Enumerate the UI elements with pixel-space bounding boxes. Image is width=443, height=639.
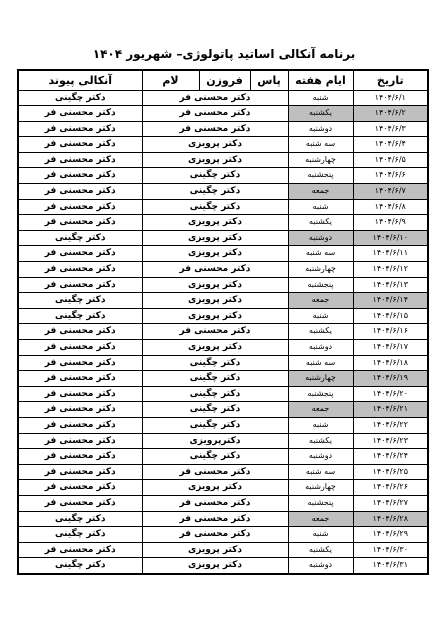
table-row: ۱۴۰۴/۶/۱۵شنبهدکتر پرویزیدکتر چگینی [18, 308, 428, 324]
weekday-cell: پنجشنبه [288, 277, 353, 293]
transplant-doctor-cell: دکتر محسنی فر [18, 215, 142, 231]
date-cell: ۱۴۰۴/۶/۱۸ [353, 355, 428, 371]
page-title: برنامه آنکالی اساتید پاتولوژی– شهریور ۱۴… [19, 46, 429, 62]
transplant-doctor-cell: دکتر چگینی [18, 527, 142, 543]
weekday-cell: سه شنبه [288, 246, 353, 262]
transplant-doctor-cell: دکتر محسنی فر [18, 355, 142, 371]
duty-doctor-cell: دکتر چگینی [142, 417, 288, 433]
weekday-cell: شنبه [288, 417, 353, 433]
header-frozen: فروزن [199, 70, 250, 90]
transplant-doctor-cell: دکتر محسنی فر [18, 433, 142, 449]
duty-doctor-cell: دکتر پرویزی [142, 308, 288, 324]
duty-doctor-cell: دکتر چگینی [142, 199, 288, 215]
transplant-doctor-cell: دکتر محسنی فر [18, 246, 142, 262]
transplant-doctor-cell: دکتر محسنی فر [18, 480, 142, 496]
weekday-cell: دوشنبه [288, 558, 353, 574]
transplant-doctor-cell: دکتر محسنی فر [18, 168, 142, 184]
weekday-cell: یکشنبه [288, 542, 353, 558]
weekday-cell: سه شنبه [288, 137, 353, 153]
table-row: ۱۴۰۴/۶/۱شنبهدکتر محسنی فردکتر چگینی [18, 90, 428, 106]
header-slide: لام [142, 70, 199, 90]
date-cell: ۱۴۰۴/۶/۱۲ [353, 262, 428, 278]
transplant-doctor-cell: دکتر چگینی [18, 308, 142, 324]
table-row: ۱۴۰۴/۶/۱۱سه شنبهدکتر پرویزیدکتر محسنی فر [18, 246, 428, 262]
date-cell: ۱۴۰۴/۶/۱۱ [353, 246, 428, 262]
weekday-cell: پنجشنبه [288, 168, 353, 184]
duty-doctor-cell: دکتر پرویزی [142, 542, 288, 558]
transplant-doctor-cell: دکتر محسنی فر [18, 386, 142, 402]
weekday-cell: یکشنبه [288, 324, 353, 340]
duty-doctor-cell: دکتر محسنی فر [142, 121, 288, 137]
table-row: ۱۴۰۴/۶/۷جمعهدکتر چگینیدکتر محسنی فر [18, 184, 428, 200]
transplant-doctor-cell: دکتر محسنی فر [18, 417, 142, 433]
duty-doctor-cell: دکتر چگینی [142, 402, 288, 418]
table-row: ۱۴۰۴/۶/۱۰دوشنبهدکتر پرویزیدکتر چگینی [18, 230, 428, 246]
weekday-cell: سه شنبه [288, 464, 353, 480]
date-cell: ۱۴۰۴/۶/۲۵ [353, 464, 428, 480]
table-row: ۱۴۰۴/۶/۲۲شنبهدکتر چگینیدکتر محسنی فر [18, 417, 428, 433]
table-row: ۱۴۰۴/۶/۲۳یکشنبهدکترپرویزیدکتر محسنی فر [18, 433, 428, 449]
date-cell: ۱۴۰۴/۶/۲۷ [353, 495, 428, 511]
table-row: ۱۴۰۴/۶/۸شنبهدکتر چگینیدکتر محسنی فر [18, 199, 428, 215]
header-row: تاریخ ایام هفته پاس فروزن لام آنکالی پیو… [18, 70, 428, 90]
duty-doctor-cell: دکتر محسنی فر [142, 464, 288, 480]
duty-doctor-cell: دکتر پرویزی [142, 340, 288, 356]
duty-doctor-cell: دکتر محسنی فر [142, 106, 288, 122]
weekday-cell: چهارشنبه [288, 480, 353, 496]
transplant-doctor-cell: دکتر محسنی فر [18, 324, 142, 340]
duty-doctor-cell: دکتر پرویزی [142, 137, 288, 153]
weekday-cell: چهارشنبه [288, 152, 353, 168]
weekday-cell: جمعه [288, 402, 353, 418]
date-cell: ۱۴۰۴/۶/۳۰ [353, 542, 428, 558]
duty-doctor-cell: دکتر چگینی [142, 168, 288, 184]
table-row: ۱۴۰۴/۶/۳دوشنبهدکتر محسنی فردکتر محسنی فر [18, 121, 428, 137]
table-row: ۱۴۰۴/۶/۲یکشنبهدکتر محسنی فردکتر محسنی فر [18, 106, 428, 122]
transplant-doctor-cell: دکتر محسنی فر [18, 495, 142, 511]
weekday-cell: دوشنبه [288, 449, 353, 465]
table-row: ۱۴۰۴/۶/۲۰پنجشنبهدکتر چگینیدکتر محسنی فر [18, 386, 428, 402]
date-cell: ۱۴۰۴/۶/۴ [353, 137, 428, 153]
transplant-doctor-cell: دکتر چگینی [18, 558, 142, 574]
transplant-doctor-cell: دکتر محسنی فر [18, 152, 142, 168]
duty-doctor-cell: دکتر پرویزی [142, 480, 288, 496]
date-cell: ۱۴۰۴/۶/۱۶ [353, 324, 428, 340]
duty-doctor-cell: دکتر پرویزی [142, 230, 288, 246]
weekday-cell: یکشنبه [288, 433, 353, 449]
weekday-cell: شنبه [288, 308, 353, 324]
transplant-doctor-cell: دکتر چگینی [18, 293, 142, 309]
duty-doctor-cell: دکتر پرویزی [142, 277, 288, 293]
table-row: ۱۴۰۴/۶/۱۸سه شنبهدکتر چگینیدکتر محسنی فر [18, 355, 428, 371]
weekday-cell: شنبه [288, 90, 353, 106]
header-pass: پاس [250, 70, 288, 90]
date-cell: ۱۴۰۴/۶/۲۳ [353, 433, 428, 449]
transplant-doctor-cell: دکتر محسنی فر [18, 121, 142, 137]
duty-doctor-cell: دکتر پرویزی [142, 246, 288, 262]
duty-doctor-cell: دکتر محسنی فر [142, 527, 288, 543]
date-cell: ۱۴۰۴/۶/۲۴ [353, 449, 428, 465]
date-cell: ۱۴۰۴/۶/۱۴ [353, 293, 428, 309]
duty-doctor-cell: دکتر پرویزی [142, 152, 288, 168]
duty-doctor-cell: دکتر پرویزی [142, 293, 288, 309]
weekday-cell: سه شنبه [288, 355, 353, 371]
table-row: ۱۴۰۴/۶/۱۹چهارشنبهدکتر چگینیدکتر محسنی فر [18, 371, 428, 387]
date-cell: ۱۴۰۴/۶/۳۱ [353, 558, 428, 574]
header-transplant-oncall: آنکالی پیوند [18, 70, 142, 90]
transplant-doctor-cell: دکتر محسنی فر [18, 449, 142, 465]
table-row: ۱۴۰۴/۶/۱۶یکشنبهدکتر محسنی فردکتر محسنی ف… [18, 324, 428, 340]
header-weekday: ایام هفته [288, 70, 353, 90]
schedule-table: تاریخ ایام هفته پاس فروزن لام آنکالی پیو… [17, 69, 429, 575]
weekday-cell: پنجشنبه [288, 386, 353, 402]
date-cell: ۱۴۰۴/۶/۹ [353, 215, 428, 231]
transplant-doctor-cell: دکتر چگینی [18, 90, 142, 106]
date-cell: ۱۴۰۴/۶/۱۹ [353, 371, 428, 387]
duty-doctor-cell: دکتر چگینی [142, 449, 288, 465]
table-row: ۱۴۰۴/۶/۲۶چهارشنبهدکتر پرویزیدکتر محسنی ف… [18, 480, 428, 496]
table-row: ۱۴۰۴/۶/۲۹شنبهدکتر محسنی فردکتر چگینی [18, 527, 428, 543]
transplant-doctor-cell: دکتر محسنی فر [18, 277, 142, 293]
transplant-doctor-cell: دکتر محسنی فر [18, 199, 142, 215]
weekday-cell: چهارشنبه [288, 262, 353, 278]
table-row: ۱۴۰۴/۶/۲۵سه شنبهدکتر محسنی فردکتر محسنی … [18, 464, 428, 480]
weekday-cell: شنبه [288, 527, 353, 543]
weekday-cell: یکشنبه [288, 215, 353, 231]
weekday-cell: جمعه [288, 511, 353, 527]
transplant-doctor-cell: دکتر محسنی فر [18, 184, 142, 200]
table-row: ۱۴۰۴/۶/۶پنجشنبهدکتر چگینیدکتر محسنی فر [18, 168, 428, 184]
duty-doctor-cell: دکتر پرویزی [142, 215, 288, 231]
duty-doctor-cell: دکتر محسنی فر [142, 495, 288, 511]
transplant-doctor-cell: دکتر محسنی فر [18, 402, 142, 418]
date-cell: ۱۴۰۴/۶/۷ [353, 184, 428, 200]
date-cell: ۱۴۰۴/۶/۲۸ [353, 511, 428, 527]
weekday-cell: دوشنبه [288, 230, 353, 246]
table-row: ۱۴۰۴/۶/۱۲چهارشنبهدکتر محسنی فردکتر محسنی… [18, 262, 428, 278]
document-page: برنامه آنکالی اساتید پاتولوژی– شهریور ۱۴… [0, 0, 443, 639]
weekday-cell: دوشنبه [288, 340, 353, 356]
date-cell: ۱۴۰۴/۶/۵ [353, 152, 428, 168]
table-row: ۱۴۰۴/۶/۲۷پنجشنبهدکتر محسنی فردکتر محسنی … [18, 495, 428, 511]
date-cell: ۱۴۰۴/۶/۱۳ [353, 277, 428, 293]
transplant-doctor-cell: دکتر محسنی فر [18, 542, 142, 558]
table-row: ۱۴۰۴/۶/۱۷دوشنبهدکتر پرویزیدکتر محسنی فر [18, 340, 428, 356]
weekday-cell: جمعه [288, 293, 353, 309]
date-cell: ۱۴۰۴/۶/۱۰ [353, 230, 428, 246]
date-cell: ۱۴۰۴/۶/۲ [353, 106, 428, 122]
table-row: ۱۴۰۴/۶/۳۰یکشنبهدکتر پرویزیدکتر محسنی فر [18, 542, 428, 558]
header-date: تاریخ [353, 70, 428, 90]
weekday-cell: شنبه [288, 199, 353, 215]
transplant-doctor-cell: دکتر چگینی [18, 511, 142, 527]
weekday-cell: دوشنبه [288, 121, 353, 137]
duty-doctor-cell: دکتر چگینی [142, 184, 288, 200]
transplant-doctor-cell: دکتر محسنی فر [18, 262, 142, 278]
duty-doctor-cell: دکترپرویزی [142, 433, 288, 449]
transplant-doctor-cell: دکتر محسنی فر [18, 464, 142, 480]
table-row: ۱۴۰۴/۶/۵چهارشنبهدکتر پرویزیدکتر محسنی فر [18, 152, 428, 168]
transplant-doctor-cell: دکتر محسنی فر [18, 340, 142, 356]
table-row: ۱۴۰۴/۶/۲۴دوشنبهدکتر چگینیدکتر محسنی فر [18, 449, 428, 465]
transplant-doctor-cell: دکتر محسنی فر [18, 137, 142, 153]
date-cell: ۱۴۰۴/۶/۱۵ [353, 308, 428, 324]
table-row: ۱۴۰۴/۶/۹یکشنبهدکتر پرویزیدکتر محسنی فر [18, 215, 428, 231]
date-cell: ۱۴۰۴/۶/۲۱ [353, 402, 428, 418]
date-cell: ۱۴۰۴/۶/۲۲ [353, 417, 428, 433]
duty-doctor-cell: دکتر چگینی [142, 386, 288, 402]
duty-doctor-cell: دکتر محسنی فر [142, 90, 288, 106]
duty-doctor-cell: دکتر محسنی فر [142, 262, 288, 278]
table-row: ۱۴۰۴/۶/۲۸جمعهدکتر محسنی فردکتر چگینی [18, 511, 428, 527]
duty-doctor-cell: دکتر چگینی [142, 355, 288, 371]
date-cell: ۱۴۰۴/۶/۱ [353, 90, 428, 106]
duty-doctor-cell: دکتر محسنی فر [142, 324, 288, 340]
transplant-doctor-cell: دکتر چگینی [18, 230, 142, 246]
table-row: ۱۴۰۴/۶/۱۳پنجشنبهدکتر پرویزیدکتر محسنی فر [18, 277, 428, 293]
weekday-cell: جمعه [288, 184, 353, 200]
weekday-cell: یکشنبه [288, 106, 353, 122]
date-cell: ۱۴۰۴/۶/۲۰ [353, 386, 428, 402]
weekday-cell: چهارشنبه [288, 371, 353, 387]
transplant-doctor-cell: دکتر محسنی فر [18, 371, 142, 387]
table-row: ۱۴۰۴/۶/۳۱دوشنبهدکتر پرویزیدکتر چگینی [18, 558, 428, 574]
date-cell: ۱۴۰۴/۶/۳ [353, 121, 428, 137]
transplant-doctor-cell: دکتر محسنی فر [18, 106, 142, 122]
duty-doctor-cell: دکتر محسنی فر [142, 511, 288, 527]
date-cell: ۱۴۰۴/۶/۲۶ [353, 480, 428, 496]
duty-doctor-cell: دکتر پرویزی [142, 558, 288, 574]
table-row: ۱۴۰۴/۶/۱۴جمعهدکتر پرویزیدکتر چگینی [18, 293, 428, 309]
table-row: ۱۴۰۴/۶/۴سه شنبهدکتر پرویزیدکتر محسنی فر [18, 137, 428, 153]
date-cell: ۱۴۰۴/۶/۱۷ [353, 340, 428, 356]
date-cell: ۱۴۰۴/۶/۲۹ [353, 527, 428, 543]
date-cell: ۱۴۰۴/۶/۸ [353, 199, 428, 215]
date-cell: ۱۴۰۴/۶/۶ [353, 168, 428, 184]
weekday-cell: پنجشنبه [288, 495, 353, 511]
table-row: ۱۴۰۴/۶/۲۱جمعهدکتر چگینیدکتر محسنی فر [18, 402, 428, 418]
duty-doctor-cell: دکتر چگینی [142, 371, 288, 387]
